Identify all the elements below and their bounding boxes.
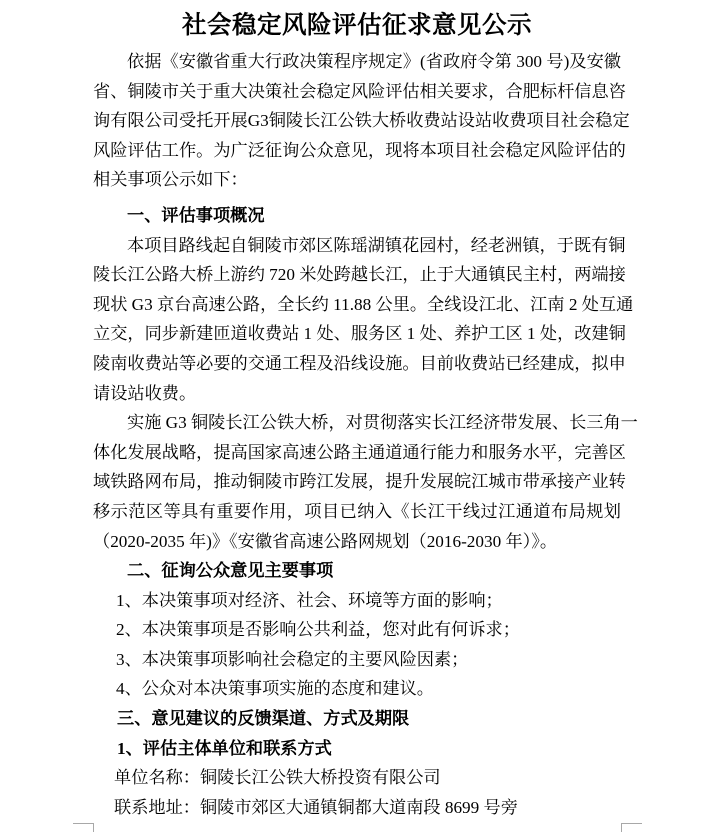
- document-line: 省、铜陵市关于重大决策社会稳定风险评估相关要求，合肥标杆信息咨: [93, 77, 621, 107]
- document-line: 现状 G3 京台高速公路，全长约 11.88 公里。全线设江北、江南 2 处互通: [93, 290, 621, 320]
- document-body: 依据《安徽省重大行政决策程序规定》(省政府令第 300 号)及安徽省、铜陵市关于…: [93, 47, 621, 822]
- document-line: 依据《安徽省重大行政决策程序规定》(省政府令第 300 号)及安徽: [93, 47, 621, 77]
- document-line: 风险评估工作。为广泛征询公众意见，现将本项目社会稳定风险评估的: [93, 136, 621, 166]
- document-line: 陵长江公路大桥上游约 720 米处跨越长江，止于大通镇民主村，两端接: [93, 260, 621, 290]
- document-line: 3、本决策事项影响社会稳定的主要风险因素；: [93, 645, 621, 675]
- document-line: 二、征询公众意见主要事项: [93, 556, 621, 586]
- document-line: （2020-2035 年)》《安徽省高速公路网规划（2016-2030 年）》。: [93, 527, 621, 557]
- document-line: 2、本决策事项是否影响公共利益，您对此有何诉求；: [93, 615, 621, 645]
- document-line: 4、公众对本决策事项实施的态度和建议。: [93, 674, 621, 704]
- document-line: 1、评估主体单位和联系方式: [93, 734, 621, 764]
- document-line: 立交，同步新建匝道收费站 1 处、服务区 1 处、养护工区 1 处，改建铜: [93, 319, 621, 349]
- document-line: 实施 G3 铜陵长江公铁大桥，对贯彻落实长江经济带发展、长三角一: [93, 408, 621, 438]
- document-page: 社会稳定风险评估征求意见公示 依据《安徽省重大行政决策程序规定》(省政府令第 3…: [0, 0, 714, 832]
- document-line: 三、意见建议的反馈渠道、方式及期限: [93, 704, 621, 734]
- document-line: 请设站收费。: [93, 379, 621, 409]
- document-line: 本项目路线起自铜陵市郊区陈瑶湖镇花园村，经老洲镇，于既有铜: [93, 231, 621, 261]
- document-line: 单位名称：铜陵长江公铁大桥投资有限公司: [93, 763, 621, 793]
- document-line: 询有限公司受托开展G3铜陵长江公铁大桥收费站设站收费项目社会稳定: [93, 106, 621, 136]
- document-line: 相关事项公示如下：: [93, 165, 621, 195]
- document-line: 联系地址：铜陵市郊区大通镇铜都大道南段 8699 号旁: [93, 793, 621, 823]
- text-boundary-mark-bottom-right: [621, 823, 642, 832]
- document-title: 社会稳定风险评估征求意见公示: [0, 0, 714, 47]
- document-line: 一、评估事项概况: [93, 201, 621, 231]
- document-line: 1、本决策事项对经济、社会、环境等方面的影响；: [93, 586, 621, 616]
- document-line: 域铁路网布局，推动铜陵市跨江发展，提升发展皖江城市带承接产业转: [93, 467, 621, 497]
- document-line: 移示范区等具有重要作用，项目已纳入《长江干线过江通道布局规划: [93, 497, 621, 527]
- document-line: 陵南收费站等必要的交通工程及沿线设施。目前收费站已经建成，拟申: [93, 349, 621, 379]
- text-boundary-mark-bottom-left: [73, 823, 94, 832]
- document-line: 体化发展战略，提高国家高速公路主通道通行能力和服务水平，完善区: [93, 438, 621, 468]
